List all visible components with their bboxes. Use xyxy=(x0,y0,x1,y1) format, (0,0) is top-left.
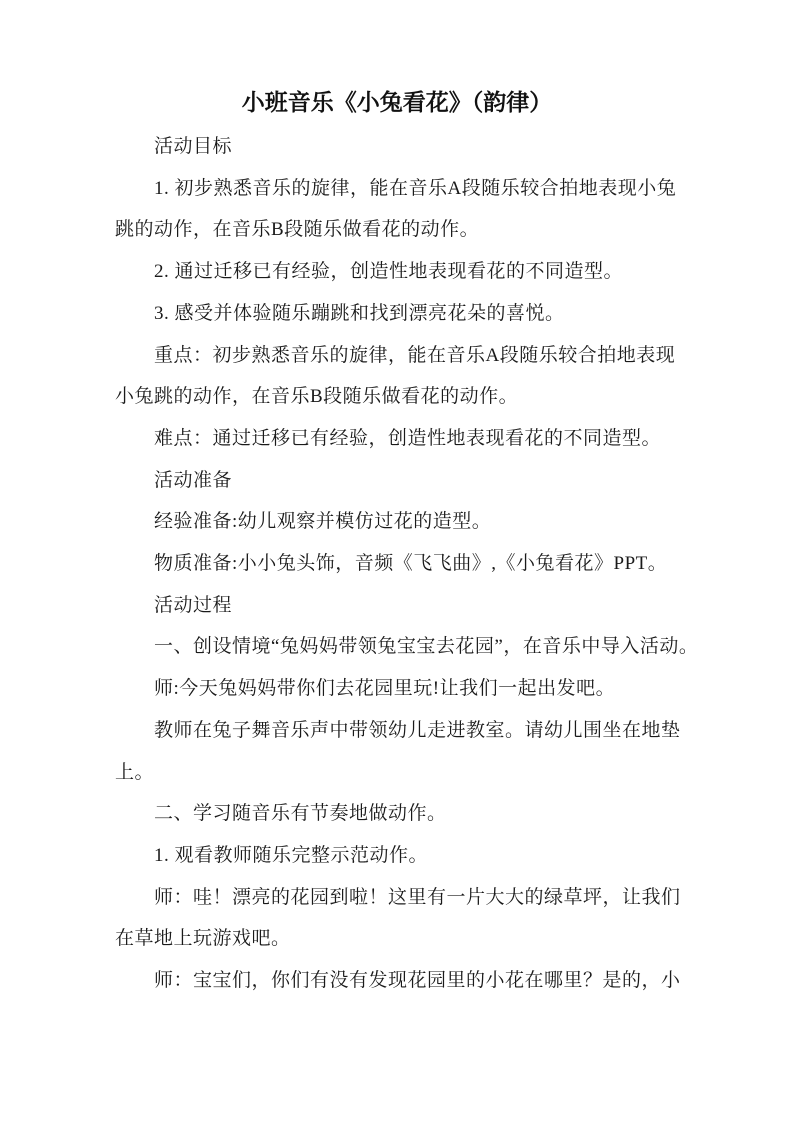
section-heading-process: 活动过程 xyxy=(115,585,679,627)
paragraph-line: 师:今天兔妈妈带你们去花园里玩!让我们一起出发吧。 xyxy=(115,668,679,710)
paragraph-line: 跳的动作，在音乐B段随乐做看花的动作。 xyxy=(115,209,679,251)
paragraph-line: 师：宝宝们，你们有没有发现花园里的小花在哪里？是的，小 xyxy=(115,960,679,1002)
paragraph-line: 小兔跳的动作，在音乐B段随乐做看花的动作。 xyxy=(115,376,679,418)
paragraph-line-difficulty: 难点：通过迁移已有经验，创造性地表现看花的不同造型。 xyxy=(115,418,679,460)
paragraph-line: 在草地上玩游戏吧。 xyxy=(115,918,679,960)
document-page: 小班音乐《小兔看花》（韵律） 活动目标 1. 初步熟悉音乐的旋律，能在音乐A段随… xyxy=(0,0,794,1123)
paragraph-line: 物质准备:小小兔头饰，音频《飞飞曲》,《小兔看花》PPT。 xyxy=(115,543,679,585)
paragraph-line: 经验准备:幼儿观察并模仿过花的造型。 xyxy=(115,501,679,543)
paragraph-line: 教师在兔子舞音乐声中带领幼儿走进教室。请幼儿围坐在地垫 xyxy=(115,710,679,752)
paragraph-line: 1. 观看教师随乐完整示范动作。 xyxy=(115,835,679,877)
document-title: 小班音乐《小兔看花》（韵律） xyxy=(115,80,679,126)
paragraph-line: 3. 感受并体验随乐蹦跳和找到漂亮花朵的喜悦。 xyxy=(115,293,679,335)
paragraph-line: 1. 初步熟悉音乐的旋律，能在音乐A段随乐较合拍地表现小兔 xyxy=(115,168,679,210)
section-heading-prep: 活动准备 xyxy=(115,460,679,502)
paragraph-line-key-point: 重点：初步熟悉音乐的旋律，能在音乐A段随乐较合拍地表现 xyxy=(115,335,679,377)
section-heading-goals: 活动目标 xyxy=(115,126,679,168)
paragraph-line-step-two: 二、学习随音乐有节奏地做动作。 xyxy=(115,793,679,835)
paragraph-line: 2. 通过迁移已有经验，创造性地表现看花的不同造型。 xyxy=(115,251,679,293)
paragraph-line: 上。 xyxy=(115,752,679,794)
paragraph-line-step-one: 一、创设情境“兔妈妈带领兔宝宝去花园”，在音乐中导入活动。 xyxy=(115,626,679,668)
paragraph-line: 师：哇！漂亮的花园到啦！这里有一片大大的绿草坪，让我们 xyxy=(115,877,679,919)
